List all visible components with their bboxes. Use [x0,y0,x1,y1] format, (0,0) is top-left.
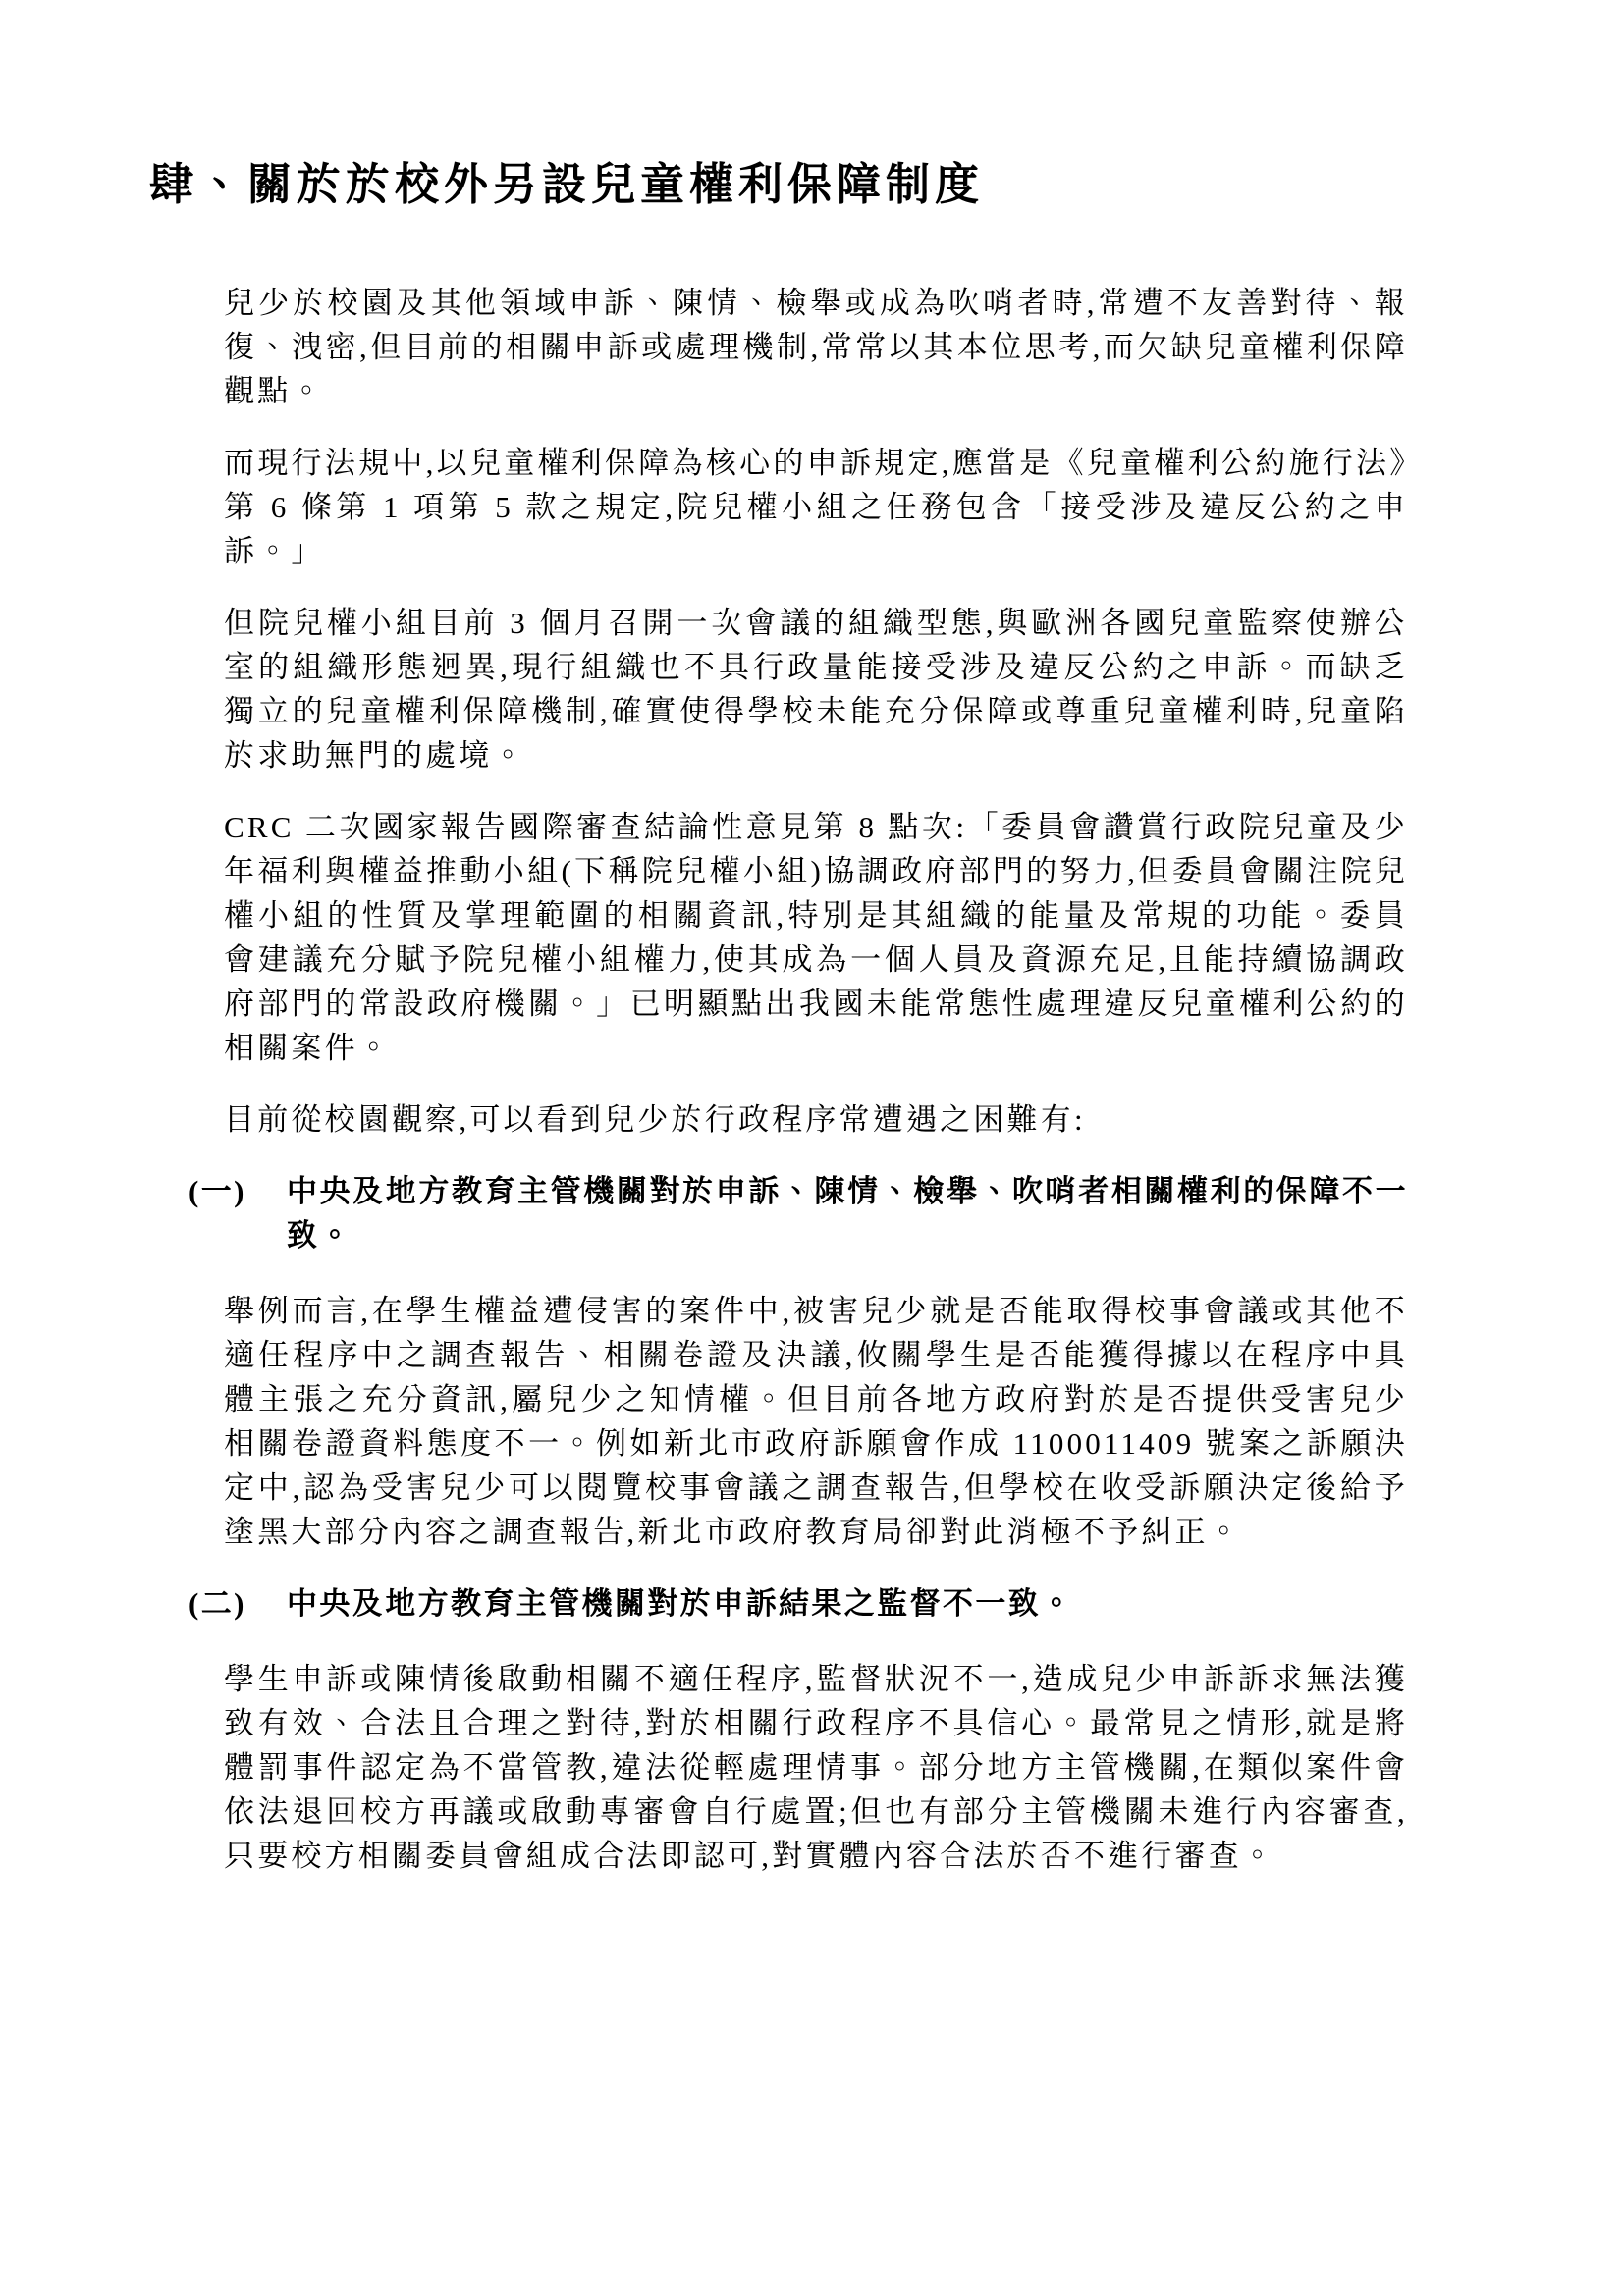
intro-paragraph-5: 目前從校園觀察,可以看到兒少於行政程序常遭遇之困難有: [224,1097,1408,1142]
intro-paragraph-2: 而現行法規中,以兒童權利保障為核心的申訴規定,應當是《兒童權利公約施行法》第 6… [224,441,1408,573]
section-2-heading-text: 中央及地方教育主管機關對於申訴結果之監督不一致。 [287,1581,1408,1626]
section-1-heading-text: 中央及地方教育主管機關對於申訴、陳情、檢舉、吹哨者相關權利的保障不一致。 [287,1169,1408,1257]
section-1-heading: (一) 中央及地方教育主管機關對於申訴、陳情、檢舉、吹哨者相關權利的保障不一致。 [189,1169,1408,1257]
document-content: 肆、關於於校外另設兒童權利保障制度 兒少於校園及其他領域申訴、陳情、檢舉或成為吹… [224,157,1408,1905]
section-2-body: 學生申訴或陳情後啟動相關不適任程序,監督狀況不一,造成兒少申訴訴求無法獲致有效、… [224,1657,1408,1878]
intro-paragraph-3: 但院兒權小組目前 3 個月召開一次會議的組織型態,與歐洲各國兒童監察使辦公室的組… [224,601,1408,777]
section-2-heading: (二) 中央及地方教育主管機關對於申訴結果之監督不一致。 [189,1581,1408,1626]
section-1-body: 舉例而言,在學生權益遭侵害的案件中,被害兒少就是否能取得校事會議或其他不適任程序… [224,1289,1408,1554]
document-page: 肆、關於於校外另設兒童權利保障制度 兒少於校園及其他領域申訴、陳情、檢舉或成為吹… [0,0,1624,2296]
section-1-number: (一) [189,1169,287,1213]
page-title: 肆、關於於校外另設兒童權利保障制度 [149,157,1333,212]
intro-paragraph-1: 兒少於校園及其他領域申訴、陳情、檢舉或成為吹哨者時,常遭不友善對待、報復、洩密,… [224,281,1408,413]
section-2-number: (二) [189,1581,287,1626]
intro-paragraph-4: CRC 二次國家報告國際審查結論性意見第 8 點次:「委員會讚賞行政院兒童及少年… [224,805,1408,1070]
